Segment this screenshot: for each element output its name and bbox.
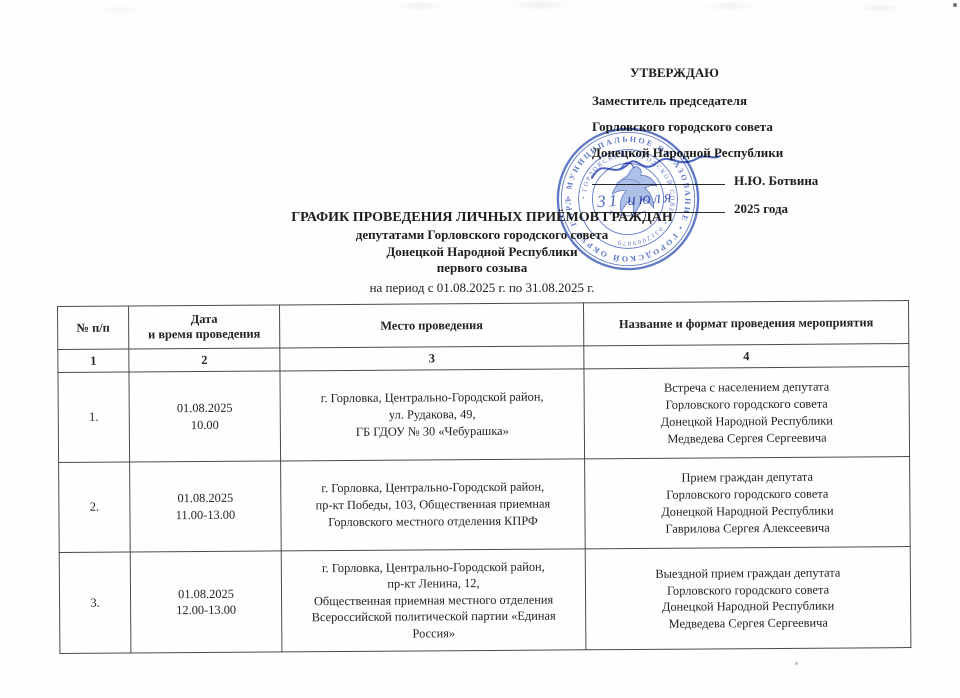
header-row: № п/п Дата и время проведения Место пров… (58, 301, 909, 350)
row-event: Выездной прием граждан депутата Горловск… (585, 547, 911, 650)
schedule-table-wrapper: № п/п Дата и время проведения Место пров… (57, 300, 911, 654)
row-datetime: 01.08.2025 11.00-13.00 (130, 461, 282, 552)
row-event: Встреча с населением депутата Горловског… (584, 367, 910, 459)
document-title-line-2: депутатами Горловского городского совета (52, 227, 912, 244)
scan-noise (0, 0, 960, 40)
row-place: г. Горловка, Центрально-Городской район,… (281, 459, 586, 551)
document-title-line-4: первого созыва (52, 260, 912, 277)
row-place: г. Горловка, Центрально-Городской район,… (280, 369, 585, 461)
col-header-place: Место проведения (279, 303, 583, 348)
document-period: на период с 01.08.2025 г. по 31.08.2025 … (52, 279, 912, 296)
schedule-table: № п/п Дата и время проведения Место пров… (57, 300, 911, 654)
column-number: 4 (584, 344, 909, 369)
row-num: 1. (58, 372, 130, 462)
approval-title: УТВЕРЖДАЮ (630, 66, 922, 80)
scan-speck-icon (953, 3, 957, 7)
column-number: 1 (58, 349, 129, 372)
col-header-event: Название и формат проведения мероприятия (583, 301, 908, 346)
row-datetime: 01.08.2025 10.00 (129, 371, 281, 462)
row-num: 3. (59, 552, 131, 653)
scanned-document-page: { "approval": { "title": "УТВЕРЖДАЮ", "l… (0, 0, 960, 698)
column-number: 2 (129, 348, 280, 372)
table-row: 2. 01.08.2025 11.00-13.00 г. Горловка, Ц… (59, 457, 911, 553)
row-event: Прием граждан депутата Горловского город… (585, 457, 911, 549)
document-title-block: ГРАФИК ПРОВЕДЕНИЯ ЛИЧНЫХ ПРИЁМОВ ГРАЖДАН… (52, 209, 912, 309)
document-title-line-1: ГРАФИК ПРОВЕДЕНИЯ ЛИЧНЫХ ПРИЁМОВ ГРАЖДАН (52, 209, 912, 227)
table-row: 1. 01.08.2025 10.00 г. Горловка, Централ… (58, 367, 910, 463)
scan-speck-icon (795, 662, 798, 665)
row-num: 2. (59, 462, 131, 552)
document-title-line-3: Донецкой Народной Республики (52, 244, 912, 261)
table-row: 3. 01.08.2025 12.00-13.00 г. Горловка, Ц… (59, 547, 911, 654)
approver-name: Н.Ю. Ботвина (734, 173, 818, 188)
row-place: г. Горловка, Центрально-Городской район,… (281, 549, 586, 652)
col-header-num: № п/п (58, 306, 129, 349)
approver-position-line-1: Заместитель председателя (592, 94, 922, 108)
col-header-datetime: Дата и время проведения (129, 305, 280, 349)
column-number: 3 (280, 346, 584, 371)
row-datetime: 01.08.2025 12.00-13.00 (130, 551, 282, 653)
handwritten-signature-icon (586, 146, 726, 190)
